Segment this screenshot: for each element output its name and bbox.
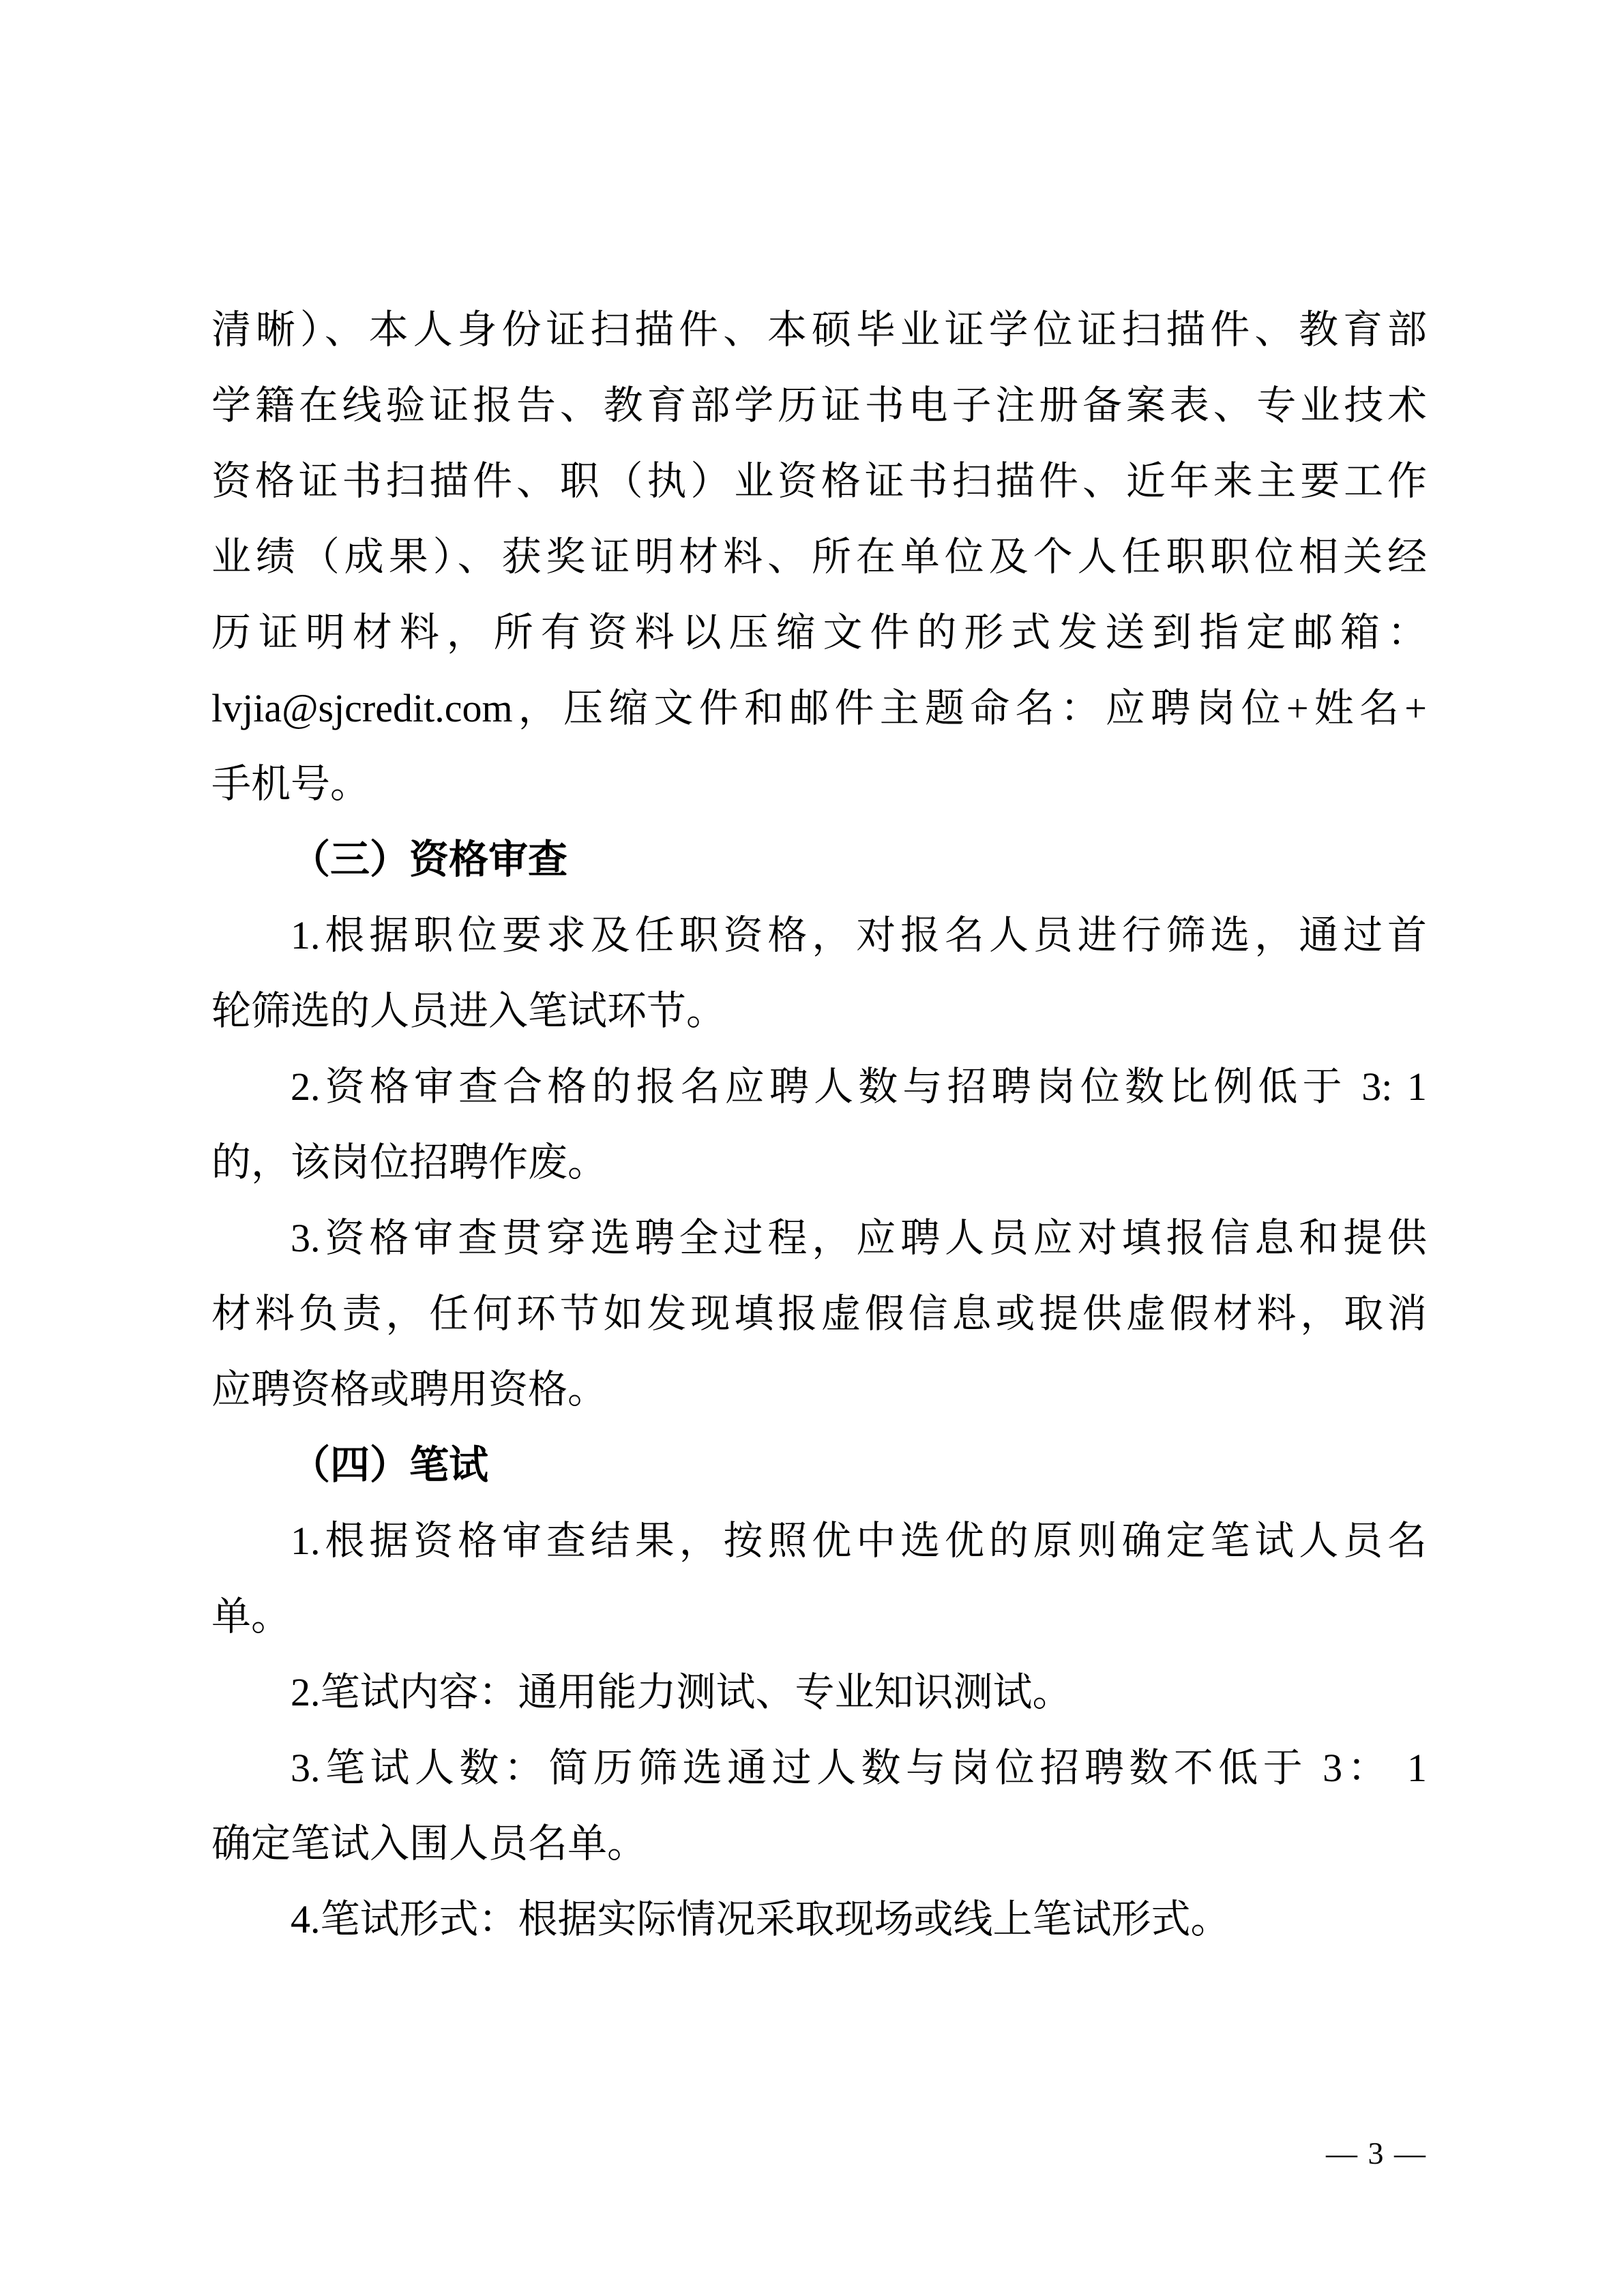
document-page: 清晰）、本人身份证扫描件、本硕毕业证学位证扫描件、教育部 学籍在线验证报告、教育… [0,0,1624,2296]
doc-line: 清晰）、本人身份证扫描件、本硕毕业证学位证扫描件、教育部 [211,292,1427,368]
doc-line: 学籍在线验证报告、教育部学历证书电子注册备案表、专业技术 [211,368,1427,443]
doc-line: 资格证书扫描件、职（执）业资格证书扫描件、近年来主要工作 [211,443,1427,519]
doc-line: 2.笔试内容：通用能力测试、专业知识测试。 [211,1654,1427,1730]
doc-line: 1.根据职位要求及任职资格，对报名人员进行筛选，通过首 [211,897,1427,973]
page-number: — 3 — [1326,2133,1427,2174]
doc-line: 2.资格审查合格的报名应聘人数与招聘岗位数比例低于 3: 1 [211,1049,1427,1124]
section-heading: （三）资格审查 [211,822,1427,897]
doc-line: 手机号。 [211,746,1427,822]
doc-line: 材料负责，任何环节如发现填报虚假信息或提供虚假材料，取消 [211,1276,1427,1352]
doc-line: 轮筛选的人员进入笔试环节。 [211,973,1427,1049]
document-body: 清晰）、本人身份证扫描件、本硕毕业证学位证扫描件、教育部 学籍在线验证报告、教育… [211,292,1427,1957]
doc-line: 单。 [211,1579,1427,1654]
doc-line: 应聘资格或聘用资格。 [211,1352,1427,1427]
doc-line: 的，该岗位招聘作废。 [211,1124,1427,1200]
doc-line: 确定笔试入围人员名单。 [211,1806,1427,1881]
doc-line: 4.笔试形式：根据实际情况采取现场或线上笔试形式。 [211,1881,1427,1957]
doc-line: 业绩（成果）、获奖证明材料、所在单位及个人任职职位相关经 [211,519,1427,595]
section-heading: （四）笔试 [211,1427,1427,1503]
doc-line: 3.笔试人数：简历筛选通过人数与岗位招聘数不低于 3： 1 [211,1730,1427,1806]
doc-line: 1.根据资格审查结果，按照优中选优的原则确定笔试人员名 [211,1503,1427,1579]
doc-line: 3.资格审查贯穿选聘全过程，应聘人员应对填报信息和提供 [211,1200,1427,1276]
doc-line: 历证明材料，所有资料以压缩文件的形式发送到指定邮箱： [211,595,1427,670]
doc-line-email: lvjia@sjcredit.com，压缩文件和邮件主题命名：应聘岗位+姓名+ [211,670,1427,746]
